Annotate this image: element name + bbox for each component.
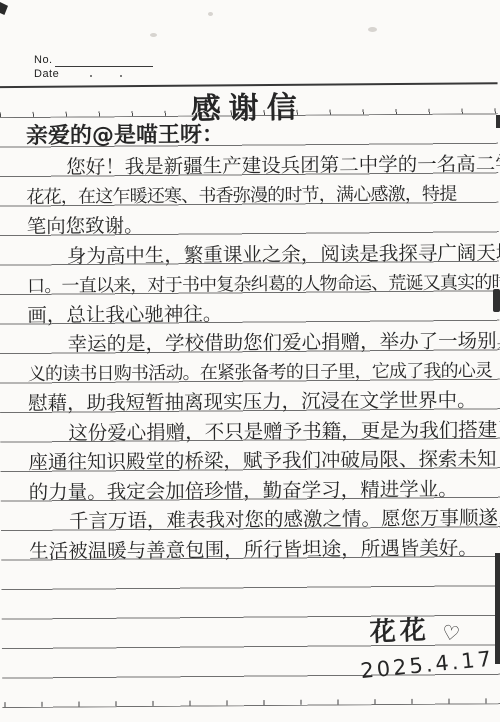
scanned-sheet: 感谢信 亲爱的@是喵王呀： 您好！我是新疆生产建设兵团第二中学的一名高二学生 花… bbox=[0, 0, 500, 722]
scan-edge-artifact bbox=[495, 553, 500, 664]
heart-doodle-icon: ♡ bbox=[440, 620, 466, 647]
notepad-page: No. Date 感谢信 亲爱的@是喵王呀： 您好！我是新疆生产建设兵团第二中学… bbox=[0, 0, 500, 722]
scan-edge-artifact bbox=[493, 289, 500, 312]
signature-name: 花花 ♡ bbox=[369, 615, 464, 649]
paper-speck bbox=[150, 33, 157, 37]
paper-speck bbox=[368, 27, 377, 32]
signature-name-text: 花花 bbox=[369, 609, 431, 649]
scan-edge-artifact bbox=[496, 115, 500, 128]
paper-speck bbox=[208, 12, 213, 16]
letter-line: 生活被温暖与善意包围，所行皆坦途，所遇皆美好。 bbox=[29, 526, 500, 561]
